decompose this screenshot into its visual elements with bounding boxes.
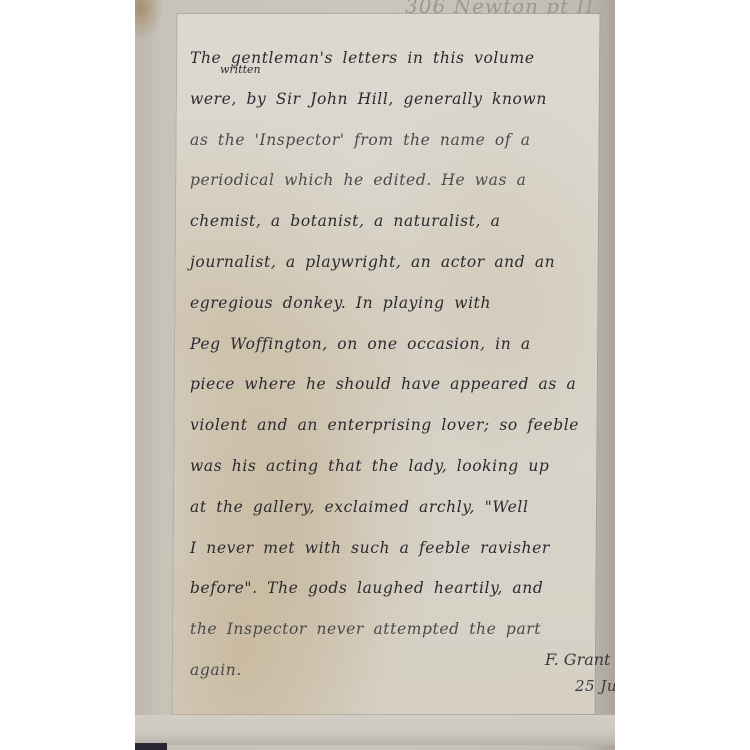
dark-corner (135, 743, 167, 750)
text-line: at the gallery, exclaimed archly, "Well (190, 487, 570, 528)
text-line: Peg Woffington, on one occasion, in a (190, 324, 570, 365)
text-line: The gentleman's letters in this volume (190, 38, 570, 79)
signature: F. Grant (545, 650, 610, 669)
text-line: again. (190, 650, 570, 691)
text-line: as the 'Inspector' from the name of a (190, 120, 570, 161)
text-line: journalist, a playwright, an actor and a… (190, 242, 570, 283)
backing-bottom-edge (135, 715, 615, 745)
manuscript-photo: 306 Newton pt II written The gentleman's… (135, 0, 615, 750)
text-line: periodical which he edited. He was a (190, 160, 570, 201)
text-line: I never met with such a feeble ravisher (190, 528, 570, 569)
text-line: were, by Sir John Hill, generally known (190, 79, 570, 120)
handwritten-text-block: The gentleman's letters in this volume w… (190, 38, 570, 691)
text-line: egregious donkey. In playing with (190, 283, 570, 324)
text-line: violent and an enterprising lover; so fe… (190, 405, 570, 446)
signature-date: 25 July. 1894. (575, 677, 615, 695)
text-line: before". The gods laughed heartily, and (190, 568, 570, 609)
text-line: piece where he should have appeared as a (190, 364, 570, 405)
text-line: the Inspector never attempted the part (190, 609, 570, 650)
text-line: chemist, a botanist, a naturalist, a (190, 201, 570, 242)
backing-stain (135, 0, 163, 40)
text-line: was his acting that the lady, looking up (190, 446, 570, 487)
